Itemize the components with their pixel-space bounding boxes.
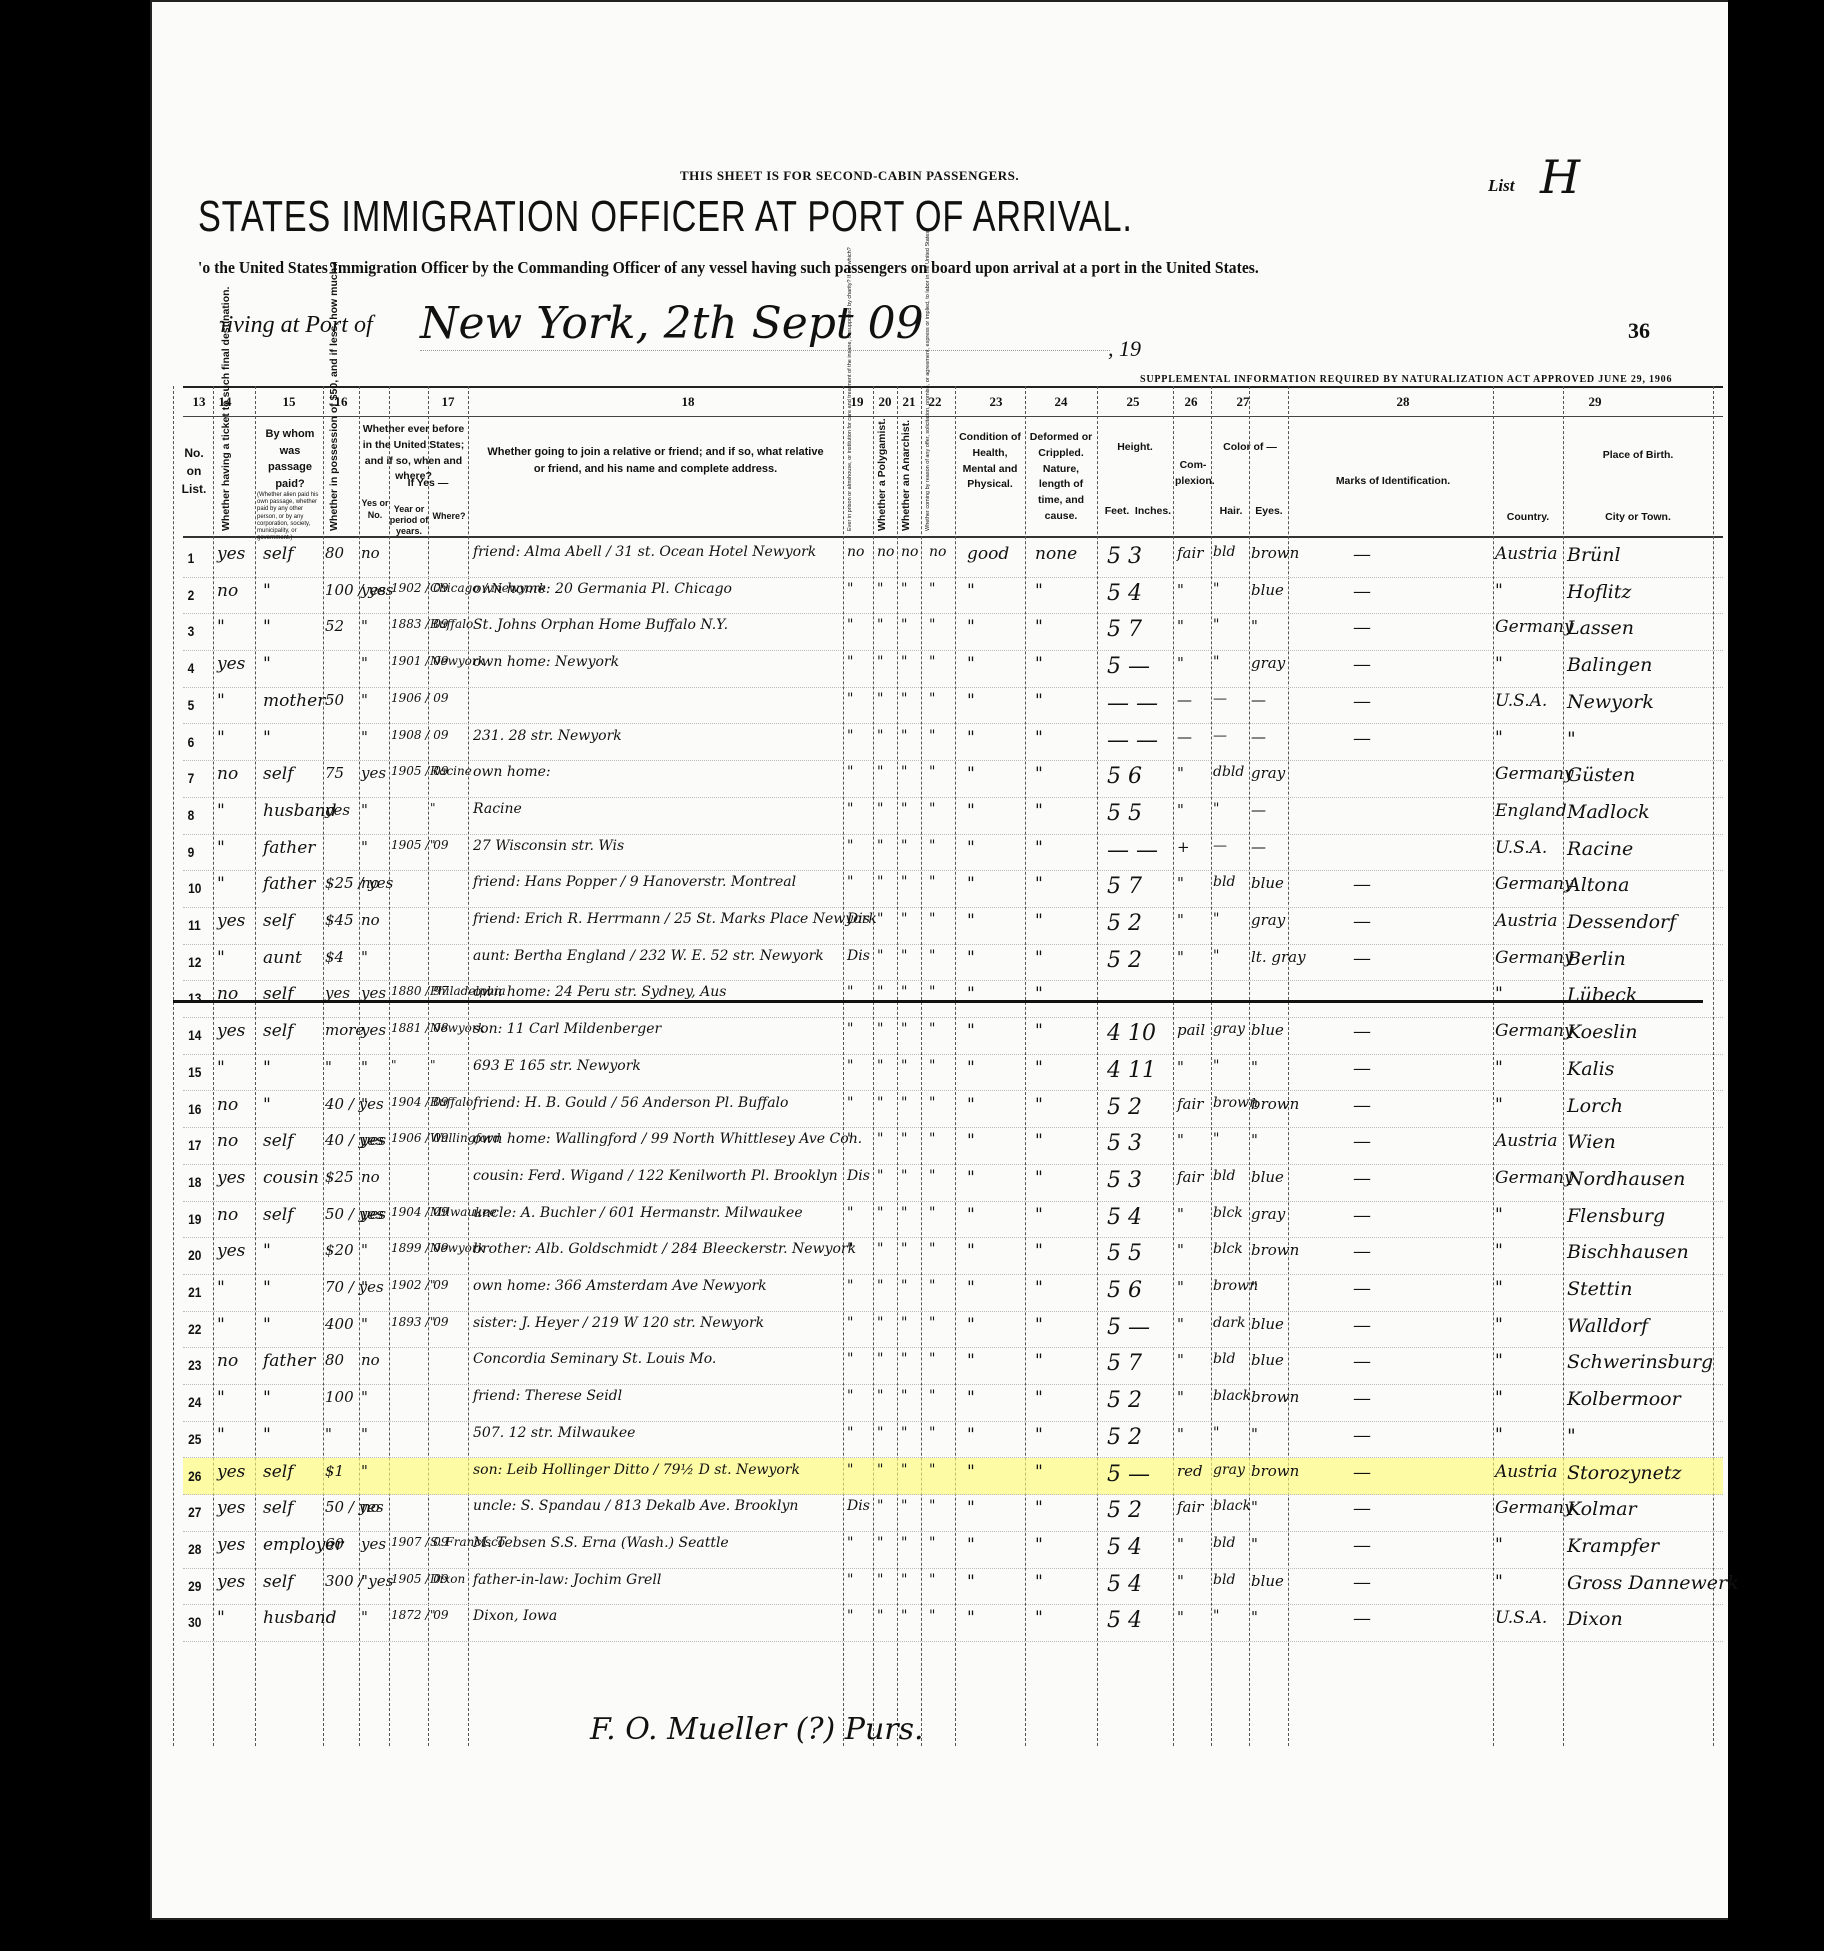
q19-cell: " bbox=[847, 691, 853, 707]
complexion-cell: " bbox=[1177, 948, 1184, 966]
height-cell: 5 7 bbox=[1107, 874, 1142, 899]
health-cell: " bbox=[967, 1058, 975, 1078]
city-cell: Gross Dannewerk bbox=[1567, 1572, 1739, 1594]
where-cell: " bbox=[430, 838, 436, 852]
table-row: 24 " " 100 " friend: Therese Seidl " " "… bbox=[183, 1384, 1723, 1422]
col-15-note: (Whether alien paid his own passage, whe… bbox=[257, 492, 323, 542]
ticket-cell: yes bbox=[217, 911, 245, 931]
page-number: 36 bbox=[1628, 318, 1650, 344]
q20-cell: " bbox=[877, 691, 883, 707]
purser-signature: F. O. Mueller (?) Purs. bbox=[590, 1712, 924, 1747]
complexion-cell: " bbox=[1177, 1608, 1184, 1626]
ticket-cell: no bbox=[217, 1351, 238, 1371]
marks-cell: — bbox=[1353, 1058, 1371, 1079]
eyes-cell: " bbox=[1251, 1058, 1258, 1076]
deformed-cell: " bbox=[1035, 801, 1043, 821]
health-cell: " bbox=[967, 1608, 975, 1628]
ticket-cell: yes bbox=[217, 1535, 245, 1555]
height-cell: 5 3 bbox=[1107, 544, 1142, 569]
col-27-hair: Hair. bbox=[1213, 504, 1249, 520]
q21-cell: " bbox=[901, 1498, 907, 1514]
money-cell: 100 bbox=[325, 1388, 354, 1406]
before-cell: " bbox=[361, 1425, 368, 1443]
deformed-cell: " bbox=[1035, 654, 1043, 674]
eyes-cell: — bbox=[1251, 691, 1266, 709]
money-cell: 400 bbox=[325, 1315, 354, 1333]
eyes-cell: blue bbox=[1251, 1315, 1284, 1333]
country-cell: " bbox=[1495, 1241, 1503, 1261]
hair-cell: " bbox=[1213, 801, 1219, 817]
hair-cell: " bbox=[1213, 581, 1219, 597]
marks-cell: — bbox=[1353, 654, 1371, 675]
eyes-cell: — bbox=[1251, 728, 1266, 746]
hair-cell: " bbox=[1213, 911, 1219, 927]
row-number: 15 bbox=[188, 1064, 201, 1080]
q22-cell: " bbox=[929, 1462, 935, 1478]
col-27-num: 27 bbox=[1237, 394, 1250, 410]
q20-cell: " bbox=[877, 1021, 883, 1037]
hair-cell: — bbox=[1213, 838, 1227, 854]
address-cell: own home: Wallingford / 99 North Whittle… bbox=[473, 1131, 862, 1147]
q22-cell: " bbox=[929, 874, 935, 890]
q19-cell: Dis bbox=[847, 1498, 870, 1514]
eyes-cell: " bbox=[1251, 1131, 1258, 1149]
q21-cell: " bbox=[901, 1572, 907, 1588]
marks-cell: — bbox=[1353, 1131, 1371, 1152]
ticket-cell: " bbox=[217, 801, 225, 821]
health-cell: " bbox=[967, 1241, 975, 1261]
q21-cell: " bbox=[901, 1131, 907, 1147]
q19-cell: " bbox=[847, 838, 853, 854]
q22-cell: " bbox=[929, 1498, 935, 1514]
col-27-header: Color of — bbox=[1213, 440, 1287, 456]
marks-cell: — bbox=[1353, 544, 1371, 565]
col-16-header: Whether in possession of $50, and if les… bbox=[329, 426, 341, 531]
q20-cell: " bbox=[877, 1388, 883, 1404]
q21-cell: " bbox=[901, 654, 907, 670]
q19-cell: " bbox=[847, 728, 853, 744]
eyes-cell: gray bbox=[1251, 654, 1285, 672]
before-cell: no bbox=[361, 1351, 380, 1369]
q20-cell: " bbox=[877, 911, 883, 927]
q21-cell: " bbox=[901, 801, 907, 817]
q19-cell: " bbox=[847, 1058, 853, 1074]
city-cell: Walldorf bbox=[1567, 1315, 1648, 1337]
q21-cell: " bbox=[901, 1462, 907, 1478]
table-row: 3 " " 52 " 1883 / 09 Buffalo St. Johns O… bbox=[183, 613, 1723, 651]
q21-cell: " bbox=[901, 1168, 907, 1184]
table-row: 18 yes cousin $25 no cousin: Ferd. Wigan… bbox=[183, 1164, 1723, 1202]
deformed-cell: " bbox=[1035, 1241, 1043, 1261]
table-row: 19 no self 50 / yes yes 1904 / 09 Milwau… bbox=[183, 1201, 1723, 1239]
q22-cell: " bbox=[929, 1021, 935, 1037]
q21-cell: no bbox=[901, 544, 918, 560]
eyes-cell: blue bbox=[1251, 874, 1284, 892]
health-cell: " bbox=[967, 911, 975, 931]
strikethrough-line bbox=[173, 1000, 1703, 1003]
deformed-cell: " bbox=[1035, 838, 1043, 858]
complexion-cell: " bbox=[1177, 1241, 1184, 1259]
city-cell: Brünl bbox=[1567, 544, 1621, 566]
money-cell: 300 / yes bbox=[325, 1572, 393, 1590]
years-cell: 1908 / 09 bbox=[391, 728, 448, 742]
country-cell: Austria bbox=[1495, 1131, 1557, 1151]
q20-cell: " bbox=[877, 1131, 883, 1147]
row-number: 14 bbox=[188, 1027, 201, 1043]
health-cell: " bbox=[967, 1278, 975, 1298]
col-21-header: Whether an Anarchist. bbox=[901, 426, 913, 531]
eyes-cell: — bbox=[1251, 801, 1266, 819]
table-row: 28 yes employer 60 yes 1907 / 09 S. Fran… bbox=[183, 1531, 1723, 1569]
marks-cell: — bbox=[1353, 1425, 1371, 1446]
q22-cell: " bbox=[929, 948, 935, 964]
ticket-cell: yes bbox=[217, 1021, 245, 1041]
address-cell: own home: 366 Amsterdam Ave Newyork bbox=[473, 1278, 767, 1294]
where-cell: " bbox=[430, 1278, 436, 1292]
q20-cell: " bbox=[877, 764, 883, 780]
column-number-rule bbox=[183, 416, 1723, 417]
money-cell: $4 bbox=[325, 948, 344, 966]
health-cell: " bbox=[967, 838, 975, 858]
city-cell: Newyork bbox=[1567, 691, 1654, 713]
country-cell: Germany bbox=[1495, 1021, 1574, 1041]
country-cell: Germany bbox=[1495, 1498, 1574, 1518]
hair-cell: " bbox=[1213, 1608, 1219, 1624]
table-top-rule bbox=[183, 386, 1723, 388]
paid-by-cell: father bbox=[263, 838, 315, 858]
ticket-cell: no bbox=[217, 764, 238, 784]
deformed-cell: " bbox=[1035, 1205, 1043, 1225]
ticket-cell: yes bbox=[217, 544, 245, 564]
table-row: 13 no self yes yes 1880 / 97 Philadelphi… bbox=[183, 980, 1723, 1018]
q22-cell: " bbox=[929, 1095, 935, 1111]
eyes-cell: " bbox=[1251, 1425, 1258, 1443]
col-18-header: Whether going to join a relative or frie… bbox=[483, 444, 828, 477]
money-cell: $1 bbox=[325, 1462, 344, 1480]
q21-cell: " bbox=[901, 984, 907, 1000]
address-cell: brother: Alb. Goldschmidt / 284 Bleecker… bbox=[473, 1241, 856, 1257]
q22-cell: " bbox=[929, 1425, 935, 1441]
q21-cell: " bbox=[901, 1095, 907, 1111]
complexion-cell: fair bbox=[1177, 544, 1203, 562]
ticket-cell: " bbox=[217, 1608, 225, 1628]
deformed-cell: " bbox=[1035, 1095, 1043, 1115]
q19-cell: " bbox=[847, 1535, 853, 1551]
q20-cell: " bbox=[877, 1095, 883, 1111]
marks-cell: — bbox=[1353, 874, 1371, 895]
col-15-num: 15 bbox=[283, 394, 296, 410]
before-cell: yes bbox=[361, 1131, 386, 1149]
hair-cell: bld bbox=[1213, 1535, 1235, 1551]
hair-cell: — bbox=[1213, 728, 1227, 744]
money-cell: $45 bbox=[325, 911, 354, 929]
address-cell: father-in-law: Jochim Grell bbox=[473, 1572, 661, 1588]
q20-cell: no bbox=[877, 544, 894, 560]
city-cell: " bbox=[1567, 728, 1576, 750]
col-29-num: 29 bbox=[1589, 394, 1602, 410]
country-cell: Austria bbox=[1495, 911, 1557, 931]
before-cell: " bbox=[361, 1388, 368, 1406]
row-number: 3 bbox=[188, 623, 195, 639]
country-cell: " bbox=[1495, 1315, 1503, 1335]
ticket-cell: no bbox=[217, 1205, 238, 1225]
q20-cell: " bbox=[877, 1278, 883, 1294]
q19-cell: " bbox=[847, 764, 853, 780]
eyes-cell: " bbox=[1251, 617, 1258, 635]
sheet-note: THIS SHEET IS FOR SECOND-CABIN PASSENGER… bbox=[680, 168, 1019, 184]
paid-by-cell: " bbox=[263, 1058, 271, 1078]
height-cell: — — bbox=[1107, 838, 1158, 863]
eyes-cell: " bbox=[1251, 1535, 1258, 1553]
q21-cell: " bbox=[901, 617, 907, 633]
deformed-cell: " bbox=[1035, 1315, 1043, 1335]
col-23-header: Condition of Health, Mental and Physical… bbox=[957, 430, 1023, 493]
q21-cell: " bbox=[901, 1535, 907, 1551]
years-cell: 1905 / 09 bbox=[391, 838, 448, 852]
address-cell: son: 11 Carl Mildenberger bbox=[473, 1021, 661, 1037]
health-cell: " bbox=[967, 581, 975, 601]
hair-cell: " bbox=[1213, 948, 1219, 964]
col-18-num: 18 bbox=[682, 394, 695, 410]
row-number: 28 bbox=[188, 1541, 201, 1557]
complexion-cell: " bbox=[1177, 617, 1184, 635]
before-cell: " bbox=[361, 1241, 368, 1259]
hair-cell: gray bbox=[1213, 1021, 1245, 1037]
manifest-table: 13 14 15 16 17 18 19 20 21 22 23 24 25 2… bbox=[183, 386, 1723, 1746]
row-number: 8 bbox=[188, 807, 195, 823]
hair-cell: bld bbox=[1213, 1168, 1235, 1184]
complexion-cell: " bbox=[1177, 1535, 1184, 1553]
q22-cell: " bbox=[929, 654, 935, 670]
ticket-cell: " bbox=[217, 1425, 225, 1445]
row-number: 22 bbox=[188, 1321, 201, 1337]
paid-by-cell: self bbox=[263, 1462, 294, 1482]
q20-cell: " bbox=[877, 581, 883, 597]
port-label: ɿiving at Port of bbox=[218, 312, 373, 339]
table-row: 11 yes self $45 no friend: Erich R. Herr… bbox=[183, 907, 1723, 945]
eyes-cell: " bbox=[1251, 1278, 1258, 1296]
marks-cell: — bbox=[1353, 1462, 1371, 1483]
col-29-header: Place of Birth. bbox=[1563, 448, 1713, 464]
q22-cell: " bbox=[929, 1572, 935, 1588]
table-row: 5 " mother 50 " 1906 / 09 " " " " " " — … bbox=[183, 687, 1723, 725]
table-row: 12 " aunt $4 " aunt: Bertha England / 23… bbox=[183, 944, 1723, 982]
q20-cell: " bbox=[877, 1241, 883, 1257]
paid-by-cell: self bbox=[263, 544, 294, 564]
health-cell: good bbox=[967, 544, 1009, 564]
money-cell: 52 bbox=[325, 617, 344, 635]
q21-cell: " bbox=[901, 838, 907, 854]
marks-cell: — bbox=[1353, 1021, 1371, 1042]
city-cell: Storozynetz bbox=[1567, 1462, 1681, 1484]
q20-cell: " bbox=[877, 1498, 883, 1514]
country-cell: " bbox=[1495, 1278, 1503, 1298]
q21-cell: " bbox=[901, 1205, 907, 1221]
col-23-num: 23 bbox=[990, 394, 1003, 410]
q21-cell: " bbox=[901, 581, 907, 597]
table-row: 26 yes self $1 " son: Leib Hollinger Dit… bbox=[183, 1458, 1723, 1496]
marks-cell: — bbox=[1353, 1498, 1371, 1519]
col-20-num: 20 bbox=[879, 394, 892, 410]
where-cell: " bbox=[430, 1058, 436, 1072]
where-cell: Racine bbox=[430, 764, 472, 778]
height-cell: 5 7 bbox=[1107, 617, 1142, 642]
country-cell: U.S.A. bbox=[1495, 838, 1547, 858]
q20-cell: " bbox=[877, 728, 883, 744]
scan-border-right bbox=[1728, 0, 1824, 1951]
table-row: 8 " husband yes " " Racine " " " " " " 5… bbox=[183, 797, 1723, 835]
complexion-cell: " bbox=[1177, 654, 1184, 672]
ticket-cell: yes bbox=[217, 1168, 245, 1188]
before-cell: no bbox=[361, 911, 380, 929]
q22-cell: no bbox=[929, 544, 946, 560]
hair-cell: dark bbox=[1213, 1315, 1245, 1331]
table-row: 16 no " 40 / yes " 1904 / 09 Buffalo fri… bbox=[183, 1091, 1723, 1129]
address-cell: son: Leib Hollinger Ditto / 79½ D st. Ne… bbox=[473, 1462, 800, 1478]
col-17-yes-no: Yes or No. bbox=[361, 498, 389, 521]
where-cell: Buffalo bbox=[430, 617, 473, 631]
money-cell: 50 bbox=[325, 691, 344, 709]
country-cell: " bbox=[1495, 1535, 1503, 1555]
q22-cell: " bbox=[929, 1315, 935, 1331]
country-cell: U.S.A. bbox=[1495, 1608, 1547, 1628]
complexion-cell: " bbox=[1177, 1425, 1184, 1443]
country-cell: Germany bbox=[1495, 617, 1574, 637]
row-number: 5 bbox=[188, 697, 195, 713]
eyes-cell: gray bbox=[1251, 764, 1285, 782]
hair-cell: " bbox=[1213, 1425, 1219, 1441]
col-25-num: 25 bbox=[1127, 394, 1140, 410]
row-number: 30 bbox=[188, 1614, 201, 1630]
city-cell: Altona bbox=[1567, 874, 1629, 896]
q19-cell: " bbox=[847, 1131, 853, 1147]
marks-cell: — bbox=[1353, 1168, 1371, 1189]
q20-cell: " bbox=[877, 1058, 883, 1074]
ticket-cell: no bbox=[217, 581, 238, 601]
q21-cell: " bbox=[901, 1021, 907, 1037]
height-cell: 5 4 bbox=[1107, 1535, 1142, 1560]
height-cell: 5 7 bbox=[1107, 1351, 1142, 1376]
hair-cell: gray bbox=[1213, 1462, 1245, 1478]
height-cell: 5 — bbox=[1107, 1462, 1150, 1487]
table-row: 6 " " " 1908 / 09 231. 28 str. Newyork "… bbox=[183, 724, 1723, 762]
q20-cell: " bbox=[877, 1425, 883, 1441]
col-17-num: 17 bbox=[442, 394, 455, 410]
eyes-cell: blue bbox=[1251, 1168, 1284, 1186]
hair-cell: bld bbox=[1213, 544, 1235, 560]
col-17-where: Where? bbox=[429, 510, 469, 524]
height-cell: 5 6 bbox=[1107, 764, 1142, 789]
deformed-cell: " bbox=[1035, 1021, 1043, 1041]
q19-cell: " bbox=[847, 1608, 853, 1624]
complexion-cell: red bbox=[1177, 1462, 1203, 1480]
ticket-cell: " bbox=[217, 874, 225, 894]
row-number: 24 bbox=[188, 1394, 201, 1410]
hair-cell: " bbox=[1213, 617, 1219, 633]
city-cell: Kolmar bbox=[1567, 1498, 1637, 1520]
address-cell: St. Johns Orphan Home Buffalo N.Y. bbox=[473, 617, 728, 633]
before-cell: yes bbox=[361, 764, 386, 782]
row-number: 29 bbox=[188, 1578, 201, 1594]
marks-cell: — bbox=[1353, 1315, 1371, 1336]
address-cell: friend: Alma Abell / 31 st. Ocean Hotel … bbox=[473, 544, 816, 560]
health-cell: " bbox=[967, 1315, 975, 1335]
city-cell: Dessendorf bbox=[1567, 911, 1676, 933]
city-cell: Krampfer bbox=[1567, 1535, 1659, 1557]
q21-cell: " bbox=[901, 1315, 907, 1331]
ticket-cell: " bbox=[217, 948, 225, 968]
eyes-cell: blue bbox=[1251, 1351, 1284, 1369]
country-cell: Germany bbox=[1495, 1168, 1574, 1188]
health-cell: " bbox=[967, 948, 975, 968]
paid-by-cell: cousin bbox=[263, 1168, 319, 1188]
height-cell: 5 4 bbox=[1107, 581, 1142, 606]
hair-cell: bld bbox=[1213, 1572, 1235, 1588]
before-cell: " bbox=[361, 1315, 368, 1333]
ticket-cell: " bbox=[217, 838, 225, 858]
hair-cell: blck bbox=[1213, 1241, 1243, 1257]
table-row: 2 no " 100 / yes yes 1902 / 09 Chicago /… bbox=[183, 577, 1723, 615]
address-cell: own home: bbox=[473, 764, 551, 780]
city-cell: Bischhausen bbox=[1567, 1241, 1689, 1263]
marks-cell: — bbox=[1353, 728, 1371, 749]
complexion-cell: " bbox=[1177, 1205, 1184, 1223]
address-cell: friend: Hans Popper / 9 Hanoverstr. Mont… bbox=[473, 874, 796, 890]
country-cell: " bbox=[1495, 1425, 1503, 1445]
money-cell: yes bbox=[325, 801, 350, 819]
q21-cell: " bbox=[901, 874, 907, 890]
hair-cell: black bbox=[1213, 1498, 1251, 1514]
address-cell: uncle: S. Spandau / 813 Dekalb Ave. Broo… bbox=[473, 1498, 798, 1514]
address-cell: 507. 12 str. Milwaukee bbox=[473, 1425, 635, 1441]
address-cell: Dixon, Iowa bbox=[473, 1608, 557, 1624]
country-cell: " bbox=[1495, 581, 1503, 601]
money-cell: 80 bbox=[325, 1351, 344, 1369]
before-cell: " bbox=[361, 1278, 368, 1296]
ticket-cell: yes bbox=[217, 654, 245, 674]
q19-cell: " bbox=[847, 801, 853, 817]
q19-cell: " bbox=[847, 1021, 853, 1037]
marks-cell: — bbox=[1353, 1351, 1371, 1372]
q19-cell: " bbox=[847, 1462, 853, 1478]
paid-by-cell: " bbox=[263, 581, 271, 601]
q20-cell: " bbox=[877, 1608, 883, 1624]
hair-cell: blck bbox=[1213, 1205, 1243, 1221]
row-number: 26 bbox=[188, 1468, 201, 1484]
eyes-cell: blue bbox=[1251, 581, 1284, 599]
city-cell: Dixon bbox=[1567, 1608, 1623, 1630]
hair-cell: — bbox=[1213, 691, 1227, 707]
city-cell: Berlin bbox=[1567, 948, 1626, 970]
q20-cell: " bbox=[877, 874, 883, 890]
marks-cell: — bbox=[1353, 1095, 1371, 1116]
country-cell: " bbox=[1495, 1388, 1503, 1408]
before-cell: yes bbox=[361, 581, 386, 599]
marks-cell: — bbox=[1353, 1572, 1371, 1593]
col-13-header: No. on List. bbox=[177, 444, 211, 498]
q21-cell: " bbox=[901, 1425, 907, 1441]
complexion-cell: " bbox=[1177, 1278, 1184, 1296]
years-cell: " bbox=[391, 1058, 397, 1072]
country-cell: " bbox=[1495, 654, 1503, 674]
height-cell: 4 11 bbox=[1107, 1058, 1156, 1083]
paid-by-cell: aunt bbox=[263, 948, 302, 968]
eyes-cell: blue bbox=[1251, 1021, 1284, 1039]
address-cell: uncle: A. Buchler / 601 Hermanstr. Milwa… bbox=[473, 1205, 803, 1221]
health-cell: " bbox=[967, 874, 975, 894]
height-cell: 5 2 bbox=[1107, 1425, 1142, 1450]
paid-by-cell: " bbox=[263, 1278, 271, 1298]
